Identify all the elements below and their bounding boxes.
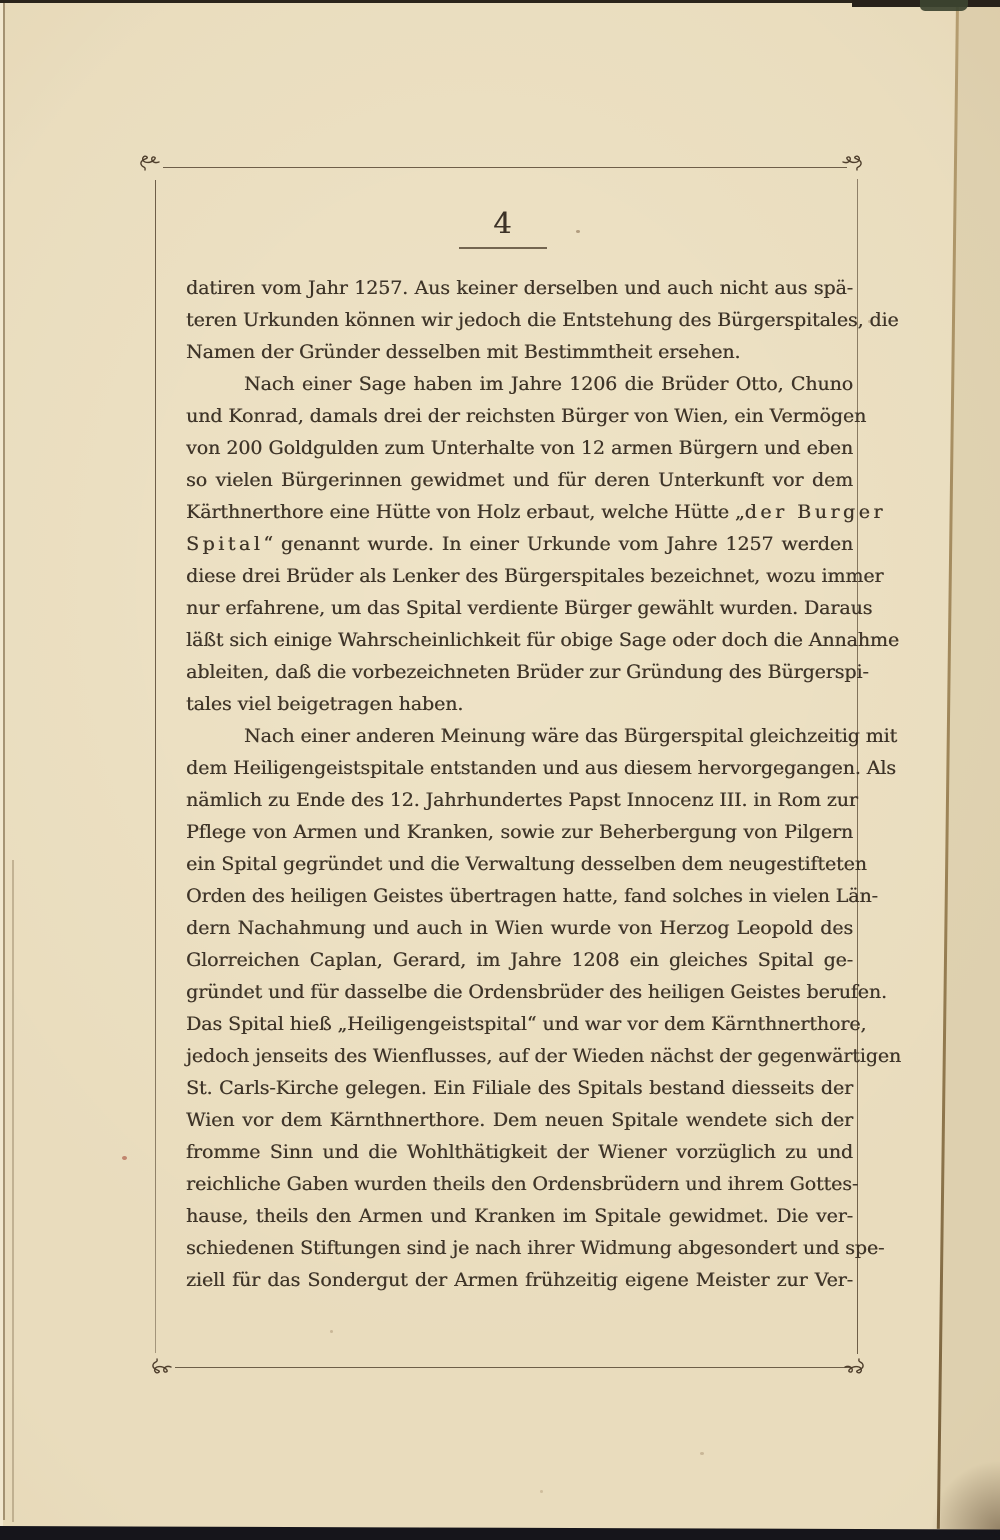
page-number-rule bbox=[459, 247, 547, 249]
text-segment: “ genannt wurde. In einer Urkunde vom Ja… bbox=[263, 533, 853, 555]
paragraph-3-line-5: ein Spital gegründet und die Verwaltung … bbox=[186, 848, 853, 880]
foxing-speck bbox=[330, 1330, 333, 1333]
frame-border-bottom bbox=[175, 1367, 851, 1368]
binding-shadow bbox=[930, 1460, 1000, 1530]
frame-corner-ornament-top-left bbox=[136, 153, 160, 177]
paragraph-3-line-16: hause, theils den Armen und Kranken im S… bbox=[186, 1200, 853, 1232]
paragraph-2-line-7: diese drei Brüder als Lenker des Bürgers… bbox=[186, 560, 853, 592]
scan-bottom-edge bbox=[0, 1526, 1000, 1540]
frame-border-top bbox=[163, 167, 847, 168]
paragraph-3-line-18: ziell für das Sondergut der Armen frühze… bbox=[186, 1264, 853, 1296]
page-header: 4 bbox=[403, 206, 603, 249]
paragraph-3-line-14: fromme Sinn und die Wohlthätigkeit der W… bbox=[186, 1136, 853, 1168]
paragraph-3-line-11: jedoch jenseits des Wienflusses, auf der… bbox=[186, 1040, 853, 1072]
page-left-edge-line bbox=[3, 0, 5, 1520]
paragraph-2-line-2: und Konrad, damals drei der reichsten Bü… bbox=[186, 400, 853, 432]
book-cover-patch bbox=[920, 0, 968, 11]
paragraph-3-line-6: Orden des heiligen Geistes übertragen ha… bbox=[186, 880, 853, 912]
paragraph-3-line-10: Das Spital hieß „Heiligengeistspital“ un… bbox=[186, 1008, 853, 1040]
paragraph-2-line-1: Nach einer Sage haben im Jahre 1206 die … bbox=[186, 368, 853, 400]
paragraph-2-line-4: so vielen Bürgerinnen gewidmet und für d… bbox=[186, 464, 853, 496]
paragraph-2-line-11: tales viel beigetragen haben. bbox=[186, 688, 853, 720]
frame-corner-ornament-bottom-left bbox=[148, 1352, 172, 1376]
paragraph-3-line-15: reichliche Gaben wurden theils den Orden… bbox=[186, 1168, 853, 1200]
paragraph-2-line-10: ableiten, daß die vorbezeichneten Brüder… bbox=[186, 656, 853, 688]
paragraph-3-line-17: schiedenen Stiftungen sind je nach ihrer… bbox=[186, 1232, 853, 1264]
letterspaced-text: Spital bbox=[186, 533, 263, 555]
paragraph-2-line-9: läßt sich einige Wahrscheinlichkeit für … bbox=[186, 624, 853, 656]
paragraph-3-line-2: dem Heiligengeistspitale entstanden und … bbox=[186, 752, 853, 784]
paragraph-3-line-9: gründet und für dasselbe die Ordensbrüde… bbox=[186, 976, 853, 1008]
foxing-speck bbox=[576, 230, 580, 233]
frame-corner-ornament-top-right bbox=[842, 153, 866, 177]
paragraph-3-line-7: dern Nachahmung und auch in Wien wurde v… bbox=[186, 912, 853, 944]
paragraph-1-line-3: Namen der Gründer desselben mit Bestimmt… bbox=[186, 336, 853, 368]
paragraph-3-line-3: nämlich zu Ende des 12. Jahrhundertes Pa… bbox=[186, 784, 853, 816]
scan-top-edge bbox=[0, 0, 1000, 3]
paragraph-3-line-13: Wien vor dem Kärnthnerthore. Dem neuen S… bbox=[186, 1104, 853, 1136]
frame-corner-ornament-bottom-right bbox=[844, 1352, 868, 1376]
paragraph-2-line-3: von 200 Goldgulden zum Unterhalte von 12… bbox=[186, 432, 853, 464]
foxing-speck bbox=[122, 1156, 127, 1160]
scanned-page: 4 datiren vom Jahr 1257. Aus keiner ders… bbox=[0, 0, 1000, 1540]
letterspaced-text: der Burger bbox=[745, 501, 886, 523]
paragraph-3-line-1: Nach einer anderen Meinung wäre das Bürg… bbox=[186, 720, 853, 752]
paragraph-3-line-12: St. Carls-Kirche gelegen. Ein Filiale de… bbox=[186, 1072, 853, 1104]
paragraph-2-line-8: nur erfahrene, um das Spital verdiente B… bbox=[186, 592, 853, 624]
page-left-edge-line2 bbox=[12, 860, 14, 1522]
body-text: datiren vom Jahr 1257. Aus keiner dersel… bbox=[186, 272, 853, 1296]
paragraph-3-line-8: Glorreichen Caplan, Gerard, im Jahre 120… bbox=[186, 944, 853, 976]
text-segment: Kärthnerthore eine Hütte von Holz erbaut… bbox=[186, 501, 745, 523]
frame-border-left bbox=[155, 180, 156, 1353]
paragraph-2-line-5: Kärthnerthore eine Hütte von Holz erbaut… bbox=[186, 496, 853, 528]
paragraph-2-line-6: Spital“ genannt wurde. In einer Urkunde … bbox=[186, 528, 853, 560]
foxing-speck bbox=[540, 1490, 543, 1493]
paragraph-1-line-1: datiren vom Jahr 1257. Aus keiner dersel… bbox=[186, 272, 853, 304]
page-number: 4 bbox=[403, 206, 603, 240]
paragraph-1-line-2: teren Urkunden können wir jedoch die Ent… bbox=[186, 304, 853, 336]
foxing-speck bbox=[700, 1452, 704, 1455]
paragraph-3-line-4: Pflege von Armen und Kranken, sowie zur … bbox=[186, 816, 853, 848]
foxing-speck bbox=[868, 320, 871, 323]
